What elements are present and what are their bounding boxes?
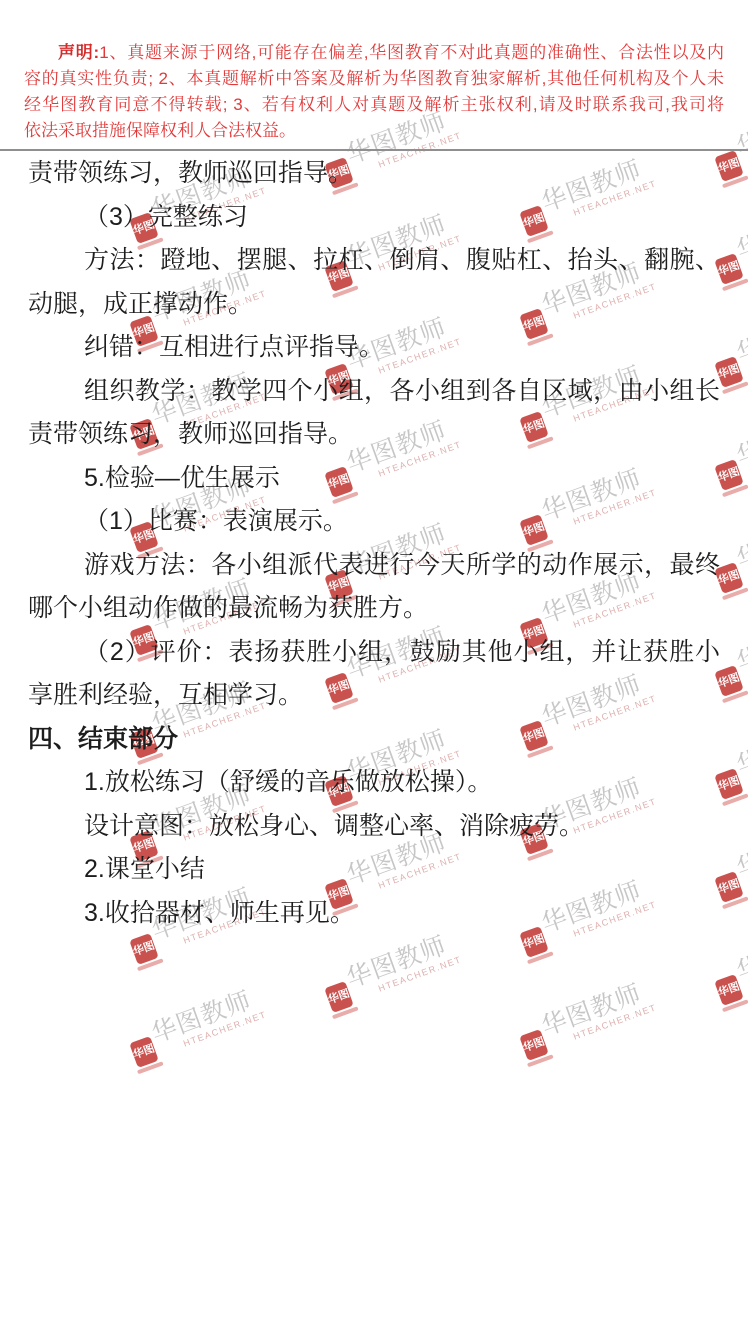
text-line: （2）评价：表扬获胜小组，鼓励其他小组，并让获胜小组分 (28, 631, 720, 675)
huatu-logo-seal: 华图 (519, 1029, 549, 1061)
huatu-watermark: 华图华图教师HTEACHER.NET (133, 1039, 272, 1071)
huatu-logo-subtext-strip (527, 951, 554, 964)
watermark-text: 华图教师HTEACHER.NET (733, 304, 748, 379)
huatu-logo-text: 华图 (717, 363, 742, 382)
text-line: 享胜利经验，互相学习。 (28, 674, 720, 718)
huatu-logo-text: 华图 (717, 157, 742, 176)
huatu-logo-text: 华图 (717, 672, 742, 691)
huatu-watermark: 华图华图教师HTEACHER.NET (718, 153, 748, 185)
huatu-watermark: 华图华图教师HTEACHER.NET (718, 668, 748, 700)
huatu-logo-text: 华图 (717, 981, 742, 1000)
disclaimer-block: 声明:1、真题来源于网络,可能存在偏差,华图教育不对此真题的准确性、合法性以及内… (24, 40, 724, 144)
huatu-logo-icon: 华图 (129, 933, 161, 971)
huatu-logo-subtext-strip (722, 484, 748, 497)
huatu-logo-icon: 华图 (324, 981, 356, 1019)
huatu-watermark: 华图华图教师HTEACHER.NET (718, 359, 748, 391)
text-line: 2.课堂小结 (28, 848, 720, 892)
huatu-logo-subtext-strip (722, 690, 748, 703)
watermark-text: 华图教师HTEACHER.NET (733, 407, 748, 482)
watermark-domain-text: HTEACHER.NET (572, 1002, 658, 1042)
huatu-watermark: 华图华图教师HTEACHER.NET (718, 256, 748, 288)
huatu-watermark: 华图华图教师HTEACHER.NET (718, 874, 748, 906)
text-line: 设计意图：放松身心、调整心率、消除疲劳。 (28, 805, 720, 849)
text-line: 动腿，成正撑动作。 (28, 283, 720, 327)
watermark-text: 华图教师HTEACHER.NET (733, 510, 748, 585)
disclaimer-text: 1、真题来源于网络,可能存在偏差,华图教育不对此真题的准确性、合法性以及内 (99, 43, 724, 62)
disclaimer-line: 声明:1、真题来源于网络,可能存在偏差,华图教育不对此真题的准确性、合法性以及内 (24, 40, 724, 66)
huatu-watermark: 华图华图教师HTEACHER.NET (718, 462, 748, 494)
huatu-logo-subtext-strip (137, 958, 164, 971)
huatu-logo-subtext-strip (722, 381, 748, 394)
huatu-watermark: 华图华图教师HTEACHER.NET (523, 1032, 662, 1064)
text-line: （3）完整练习 (28, 196, 720, 240)
watermark-brand-text: 华图教师 (733, 922, 748, 986)
huatu-logo-text: 华图 (717, 775, 742, 794)
huatu-logo-text: 华图 (717, 466, 742, 485)
huatu-logo-subtext-strip (722, 587, 748, 600)
huatu-logo-subtext-strip (137, 1061, 164, 1074)
watermark-text: 华图教师HTEACHER.NET (148, 984, 268, 1059)
huatu-logo-subtext-strip (722, 896, 748, 909)
huatu-logo-text: 华图 (717, 260, 742, 279)
huatu-logo-icon: 华图 (714, 974, 746, 1012)
huatu-watermark: 华图华图教师HTEACHER.NET (718, 977, 748, 1009)
watermark-brand-text: 华图教师 (538, 977, 654, 1041)
watermark-text: 华图教师HTEACHER.NET (733, 819, 748, 894)
divider-rule (0, 149, 748, 151)
watermark-text: 华图教师HTEACHER.NET (538, 977, 658, 1052)
watermark-brand-text: 华图教师 (733, 407, 748, 471)
huatu-logo-text: 华图 (132, 1043, 157, 1062)
watermark-brand-text: 华图教师 (733, 98, 748, 162)
huatu-logo-subtext-strip (332, 1006, 359, 1019)
huatu-logo-text: 华图 (717, 569, 742, 588)
huatu-logo-subtext-strip (722, 999, 748, 1012)
text-line: （1）比赛：表演展示。 (28, 500, 720, 544)
text-line: 责带领练习，教师巡回指导。 (28, 152, 720, 196)
huatu-logo-subtext-strip (722, 278, 748, 291)
watermark-text: 华图教师HTEACHER.NET (733, 716, 748, 791)
huatu-watermark: 华图华图教师HTEACHER.NET (718, 771, 748, 803)
watermark-brand-text: 华图教师 (733, 201, 748, 265)
watermark-text: 华图教师HTEACHER.NET (733, 98, 748, 173)
watermark-brand-text: 华图教师 (733, 613, 748, 677)
watermark-group: 华图华图教师HTEACHER.NET (129, 996, 271, 1074)
huatu-logo-seal: 华图 (714, 974, 744, 1006)
watermark-brand-text: 华图教师 (733, 510, 748, 574)
huatu-logo-seal: 华图 (129, 1036, 159, 1068)
lesson-plan-text: 责带领练习，教师巡回指导。（3）完整练习方法：蹬地、摆腿、拉杠、倒肩、腹贴杠、抬… (28, 152, 720, 935)
huatu-logo-text: 华图 (327, 988, 352, 1007)
huatu-logo-text: 华图 (522, 1036, 547, 1055)
text-line: 方法：蹬地、摆腿、拉杠、倒肩、腹贴杠、抬头、翻腕、制 (28, 239, 720, 283)
watermark-domain-text: HTEACHER.NET (182, 1009, 268, 1049)
huatu-logo-icon: 华图 (519, 1029, 551, 1067)
watermark-group: 华图华图教师HTEACHER.NET (324, 941, 466, 1019)
document-page: 华图华图教师HTEACHER.NET华图华图教师HTEACHER.NET华图华图… (0, 0, 748, 1335)
text-line: 1.放松练习（舒缓的音乐做放松操）。 (28, 761, 720, 805)
disclaimer-line: 容的真实性负责; 2、本真题解析中答案及解析为华图教育独家解析,其他任何机构及个… (24, 66, 724, 92)
huatu-logo-subtext-strip (722, 175, 748, 188)
section-heading: 四、结束部分 (28, 718, 720, 762)
watermark-text: 华图教师HTEACHER.NET (733, 201, 748, 276)
text-line: 纠错：互相进行点评指导。 (28, 326, 720, 370)
huatu-logo-text: 华图 (132, 940, 157, 959)
disclaimer-line: 依法采取措施保障权利人合法权益。 (24, 118, 724, 144)
huatu-logo-subtext-strip (527, 1054, 554, 1067)
text-line: 游戏方法：各小组派代表进行今天所学的动作展示，最终看 (28, 544, 720, 588)
text-line: 哪个小组动作做的最流畅为获胜方。 (28, 587, 720, 631)
text-line: 5.检验—优生展示 (28, 457, 720, 501)
watermark-text: 华图教师HTEACHER.NET (733, 613, 748, 688)
disclaimer-line: 经华图教育同意不得转载; 3、若有权利人对真题及解析主张权利,请及时联系我司,我… (24, 92, 724, 118)
huatu-logo-icon: 华图 (129, 1036, 161, 1074)
text-line: 3.收拾器材、师生再见。 (28, 892, 720, 936)
text-line: 责带领练习，教师巡回指导。 (28, 413, 720, 457)
watermark-domain-text: HTEACHER.NET (377, 954, 463, 994)
watermark-group: 华图华图教师HTEACHER.NET (519, 989, 661, 1067)
disclaimer-prefix: 声明: (58, 43, 99, 62)
huatu-logo-seal: 华图 (129, 933, 159, 965)
huatu-watermark: 华图华图教师HTEACHER.NET (328, 984, 467, 1016)
watermark-brand-text: 华图教师 (148, 984, 264, 1048)
watermark-brand-text: 华图教师 (733, 716, 748, 780)
watermark-brand-text: 华图教师 (733, 819, 748, 883)
huatu-logo-seal: 华图 (324, 981, 354, 1013)
huatu-watermark: 华图华图教师HTEACHER.NET (718, 565, 748, 597)
watermark-brand-text: 华图教师 (343, 929, 459, 993)
huatu-logo-text: 华图 (522, 933, 547, 952)
huatu-logo-text: 华图 (717, 878, 742, 897)
watermark-text: 华图教师HTEACHER.NET (343, 929, 463, 1004)
huatu-logo-subtext-strip (722, 793, 748, 806)
watermark-text: 华图教师HTEACHER.NET (733, 922, 748, 997)
watermark-group: 华图华图教师HTEACHER.NET (714, 934, 748, 1012)
huatu-watermark: 华图华图教师HTEACHER.NET (133, 936, 272, 968)
text-line: 组织教学：教学四个小组，各小组到各自区域，由小组长负 (28, 370, 720, 414)
watermark-brand-text: 华图教师 (733, 304, 748, 368)
